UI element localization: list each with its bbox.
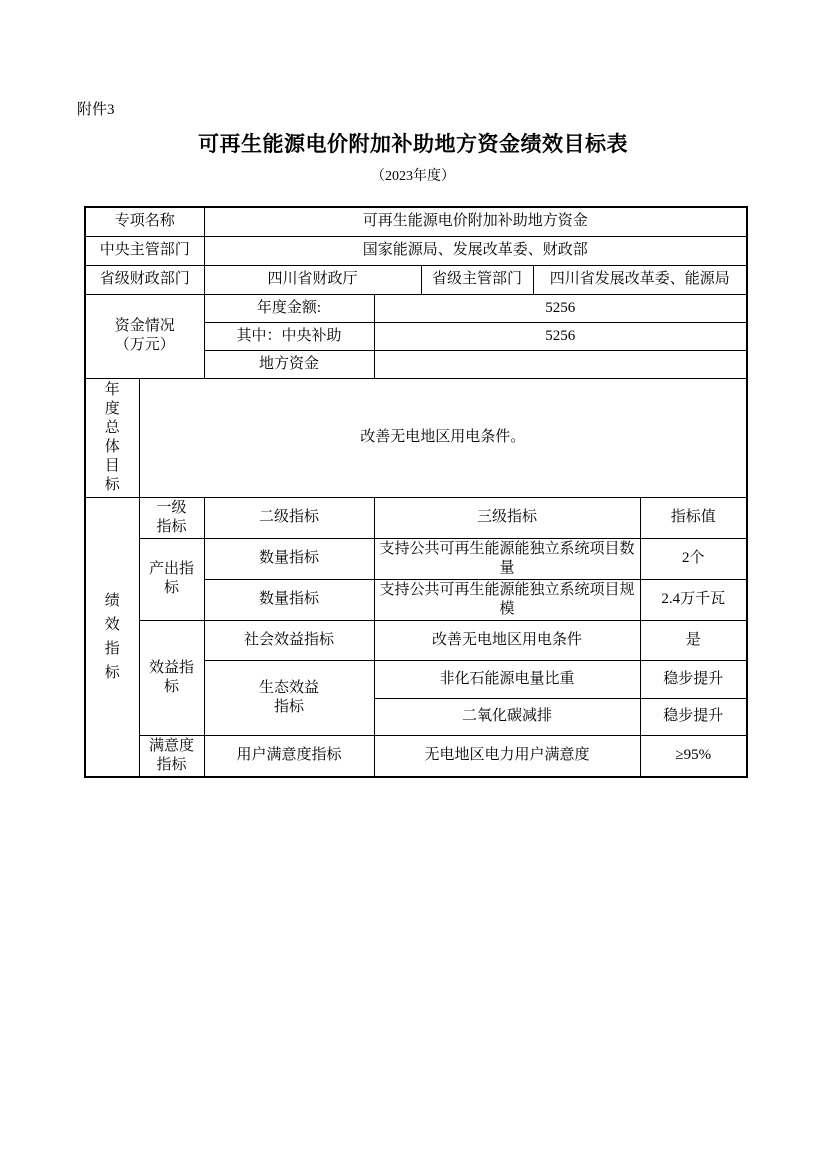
funding-local-value <box>374 350 747 378</box>
perf-satisfaction-level3: 无电地区电力用户满意度 <box>374 735 640 777</box>
perf-output-row1-value: 2个 <box>640 538 747 579</box>
perf-satisfaction-level2: 用户满意度指标 <box>204 735 374 777</box>
funding-local-label: 地方资金 <box>204 350 374 378</box>
perf-output-row1-level3: 支持公共可再生能源能独立系统项目数量 <box>374 538 640 579</box>
perf-benefit-eco-row1-value: 稳步提升 <box>640 660 747 698</box>
perf-output-row1-level2: 数量指标 <box>204 538 374 579</box>
document-page: 附件3 可再生能源电价附加补助地方资金绩效目标表 （2023年度） 专项名称 可… <box>0 0 826 1169</box>
table-row: 省级财政部门 四川省财政厅 省级主管部门 四川省发展改革委、能源局 <box>85 265 747 294</box>
perf-header-level1: 一级 指标 <box>139 497 204 538</box>
provincial-finance-value: 四川省财政厅 <box>204 265 421 294</box>
table-row: 专项名称 可再生能源电价附加补助地方资金 <box>85 207 747 236</box>
page-subtitle: （2023年度） <box>0 165 826 185</box>
perf-benefit-social-level3: 改善无电地区用电条件 <box>374 620 640 660</box>
perf-benefit-social-level2: 社会效益指标 <box>204 620 374 660</box>
funding-central-label: 其中：中央补助 <box>204 322 374 350</box>
table-row: 绩效指标 一级 指标 二级指标 三级指标 指标值 <box>85 497 747 538</box>
attachment-label: 附件3 <box>77 98 115 119</box>
table-row: 产出指 标 数量指标 支持公共可再生能源能独立系统项目数量 2个 <box>85 538 747 579</box>
perf-benefit-eco-row2-level3: 二氧化碳减排 <box>374 698 640 735</box>
table-row: 中央主管部门 国家能源局、发展改革委、财政部 <box>85 236 747 265</box>
central-dept-label: 中央主管部门 <box>85 236 204 265</box>
perf-benefit-social-value: 是 <box>640 620 747 660</box>
annual-goal-value: 改善无电地区用电条件。 <box>139 378 747 497</box>
perf-benefit-eco-row2-value: 稳步提升 <box>640 698 747 735</box>
table-row: 效益指 标 社会效益指标 改善无电地区用电条件 是 <box>85 620 747 660</box>
provincial-finance-label: 省级财政部门 <box>85 265 204 294</box>
perf-output-row2-level2: 数量指标 <box>204 579 374 620</box>
project-name-label: 专项名称 <box>85 207 204 236</box>
perf-satisfaction-label: 满意度 指标 <box>139 735 204 777</box>
perf-benefit-label: 效益指 标 <box>139 620 204 735</box>
table-row: 年度总体目标 改善无电地区用电条件。 <box>85 378 747 497</box>
annual-goal-label-cell: 年度总体目标 <box>85 378 139 497</box>
perf-output-row2-value: 2.4万千瓦 <box>640 579 747 620</box>
funding-label: 资金情况 （万元） <box>85 294 204 378</box>
perf-satisfaction-value: ≥95% <box>640 735 747 777</box>
perf-header-value: 指标值 <box>640 497 747 538</box>
perf-header-level2: 二级指标 <box>204 497 374 538</box>
funding-central-value: 5256 <box>374 322 747 350</box>
table-row: 资金情况 （万元） 年度金额: 5256 <box>85 294 747 322</box>
perf-header-level3: 三级指标 <box>374 497 640 538</box>
perf-benefit-eco-row1-level3: 非化石能源电量比重 <box>374 660 640 698</box>
funding-annual-value: 5256 <box>374 294 747 322</box>
performance-target-table: 专项名称 可再生能源电价附加补助地方资金 中央主管部门 国家能源局、发展改革委、… <box>84 206 748 778</box>
performance-label: 绩效指标 <box>104 589 120 685</box>
perf-benefit-eco-level2: 生态效益 指标 <box>204 660 374 735</box>
annual-goal-label: 年度总体目标 <box>104 381 120 495</box>
performance-label-cell: 绩效指标 <box>85 497 139 777</box>
central-dept-value: 国家能源局、发展改革委、财政部 <box>204 236 747 265</box>
provincial-dept-value: 四川省发展改革委、能源局 <box>533 265 747 294</box>
table-row: 满意度 指标 用户满意度指标 无电地区电力用户满意度 ≥95% <box>85 735 747 777</box>
project-name-value: 可再生能源电价附加补助地方资金 <box>204 207 747 236</box>
page-title: 可再生能源电价附加补助地方资金绩效目标表 <box>0 128 826 158</box>
perf-output-row2-level3: 支持公共可再生能源能独立系统项目规模 <box>374 579 640 620</box>
funding-annual-label: 年度金额: <box>204 294 374 322</box>
perf-output-label: 产出指 标 <box>139 538 204 620</box>
provincial-dept-label: 省级主管部门 <box>421 265 533 294</box>
